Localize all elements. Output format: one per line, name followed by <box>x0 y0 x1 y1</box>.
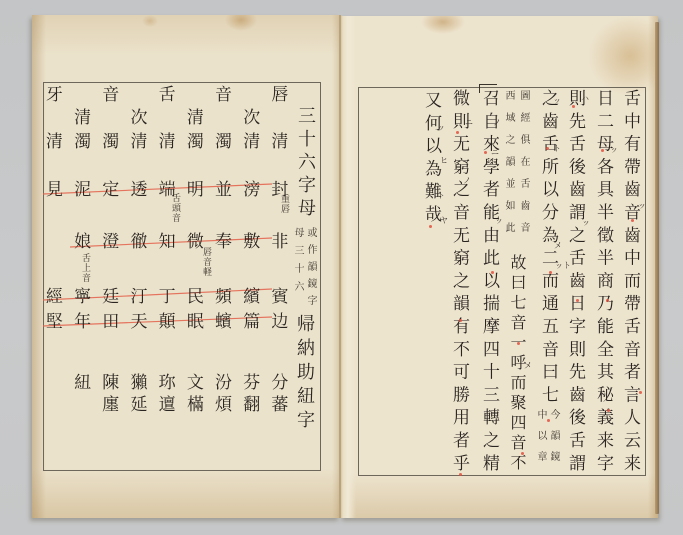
table-cell: 樠 <box>181 396 209 414</box>
table-cell: 文 <box>181 374 209 392</box>
reading-mark: ト <box>553 145 561 153</box>
red-mark <box>607 409 610 412</box>
text-column-2: 日二母各具半徵半商乃能全其秘義来字 <box>594 89 611 477</box>
red-mark <box>484 151 487 154</box>
table-cell: 年 <box>69 313 97 331</box>
text-column-3: 則先舌後齒謂之舌齒日字則先齒後舌謂 <box>566 89 583 477</box>
red-mark <box>517 342 520 345</box>
table-cell: 陳 <box>97 374 125 392</box>
text-column-5: 故曰七音一呼而聚四音不 <box>509 254 525 474</box>
column-5-note-left: 西域之韻並如此 <box>503 90 514 244</box>
table-cell: 汾 <box>209 374 237 392</box>
reading-mark: ヤ <box>440 217 448 225</box>
table-cell: 顛 <box>153 313 181 331</box>
table-cell: 蠙 <box>209 313 237 331</box>
table-cell: 知 <box>153 233 181 251</box>
reading-mark: ハ <box>581 95 589 103</box>
table-cell: 篇 <box>238 313 266 331</box>
red-mark <box>459 473 462 476</box>
table-cell <box>97 109 125 127</box>
red-mark <box>601 149 604 152</box>
table-cell: 民 <box>181 288 209 306</box>
table-cell: 見 <box>40 181 68 199</box>
table-cell: 眠 <box>181 313 209 331</box>
table-cell: 音 <box>97 86 125 104</box>
reading-mark: メ <box>524 362 532 370</box>
table-cell: 清 <box>125 133 153 151</box>
table-cell: 边 <box>266 313 294 331</box>
table-row-example-2b: 蕃 翻 煩 樠 邅 延 廛 <box>40 396 294 414</box>
table-cell: 清 <box>266 133 294 151</box>
table-row-example-1b: 边 篇 蠙 眠 顛 天 田 年 堅 <box>40 313 294 331</box>
table-cell: 經 <box>40 288 68 306</box>
table-cell: 蕃 <box>266 396 294 414</box>
table-cell <box>238 86 266 104</box>
table-cell: 賓 <box>266 288 294 306</box>
table-cell <box>181 86 209 104</box>
table-cell: 清 <box>69 109 97 127</box>
table-row-example-1a: 賓 繽 頻 民 丁 汀 廷 寧 經 <box>40 288 294 306</box>
table-cell <box>266 109 294 127</box>
note-tongue-upper: 舌上音 <box>80 253 90 283</box>
table-cell: 濁 <box>69 133 97 151</box>
table-row-initial-2: 非 敷 奉 微 知 徹 澄 娘 <box>40 233 294 251</box>
table-cell: 澄 <box>97 233 125 251</box>
reading-mark: ッ <box>495 217 503 225</box>
table-cell: 清 <box>238 133 266 151</box>
table-cell: 濁 <box>181 133 209 151</box>
reading-mark: ニ <box>465 119 473 127</box>
table-cell: 芬 <box>238 374 266 392</box>
table-cell: 田 <box>97 313 125 331</box>
table-cell: 並 <box>209 181 237 199</box>
table-cell: 次 <box>125 109 153 127</box>
table-cell: 清 <box>181 109 209 127</box>
table-row-initial-1: 封 滂 並 明 端 透 定 泥 見 <box>40 181 294 199</box>
red-mark <box>606 299 609 302</box>
table-row-category: 唇 音 舌 音 牙 <box>40 86 294 104</box>
table-cell: 丁 <box>153 288 181 306</box>
table-cell: 煩 <box>209 396 237 414</box>
table-row-example-2a: 分 芬 汾 文 珎 獺 陳 紐 <box>40 374 294 392</box>
reading-mark: ノ <box>493 119 501 127</box>
table-cell: 泥 <box>69 181 97 199</box>
red-mark <box>546 147 549 150</box>
table-cell: 濁 <box>97 133 125 151</box>
table-cell: 寧 <box>69 288 97 306</box>
red-mark <box>521 452 524 455</box>
table-cell: 唇 <box>266 86 294 104</box>
table-cell: 清 <box>153 133 181 151</box>
table-cell: 敷 <box>238 233 266 251</box>
table-cell: 分 <box>266 374 294 392</box>
reading-mark: ッ <box>553 97 561 105</box>
table-cell: 定 <box>97 181 125 199</box>
reading-mark: ノ <box>463 177 471 185</box>
reading-mark: ッ <box>437 124 445 132</box>
table-cell: 舌 <box>153 86 181 104</box>
table-cell: 獺 <box>125 374 153 392</box>
table-cell: 繽 <box>238 288 266 306</box>
table-cell: 明 <box>181 181 209 199</box>
table-cell: 滂 <box>238 181 266 199</box>
table-cell: 紐 <box>69 374 97 392</box>
red-mark <box>576 299 579 302</box>
red-mark <box>491 271 494 274</box>
table-cell <box>69 396 97 414</box>
reading-mark: ヒ <box>440 157 448 165</box>
red-mark <box>456 131 459 134</box>
table-cell: 娘 <box>69 233 97 251</box>
table-cell: 邅 <box>153 396 181 414</box>
red-mark <box>429 225 432 228</box>
red-mark <box>547 419 550 422</box>
reading-mark: ット <box>555 262 571 270</box>
red-mark <box>631 219 634 222</box>
reading-mark: ッ <box>610 146 618 154</box>
table-cell: 濁 <box>209 133 237 151</box>
table-cell: 清 <box>40 133 68 151</box>
table-cell <box>40 109 68 127</box>
table-cell: 汀 <box>125 288 153 306</box>
table-cell <box>153 109 181 127</box>
table-cell: 廷 <box>97 288 125 306</box>
text-column-8: 又何以為難哉 <box>422 91 439 228</box>
red-mark <box>572 105 575 108</box>
reading-mark: ッ <box>638 202 646 210</box>
text-column-7: 微則无窮之音无窮之韻有不可勝用者乎 <box>450 89 467 477</box>
table-cell <box>209 109 237 127</box>
table-cell: 透 <box>125 181 153 199</box>
table-cell: 牙 <box>40 86 68 104</box>
column-5-note-right: 圖經俱在舌齒音 <box>518 90 529 244</box>
note-light-labial: 唇音軽 <box>201 247 211 277</box>
table-cell: 珎 <box>153 374 181 392</box>
table-cell: 奉 <box>209 233 237 251</box>
table-cell: 徹 <box>125 233 153 251</box>
note-tongue-head: 舌頭音 <box>170 193 180 223</box>
table-cell <box>69 86 97 104</box>
table-row-voicing-top: 次 清 次 清 <box>40 109 294 127</box>
red-mark <box>639 391 642 394</box>
table-cell <box>40 374 68 392</box>
reading-mark: ニ <box>491 149 499 157</box>
column-4-note-right: 今韻鏡 <box>548 409 559 472</box>
column-4-note-left: 中以章 <box>535 409 546 472</box>
table-cell: 非 <box>266 233 294 251</box>
table-cell: 音 <box>209 86 237 104</box>
reading-mark: ッ <box>582 219 590 227</box>
table-cell <box>40 233 68 251</box>
table-cell <box>40 396 68 414</box>
note-heavy-labial: 重唇 <box>279 194 289 214</box>
table-cell: 次 <box>238 109 266 127</box>
red-mark <box>459 319 462 322</box>
table-cell: 堅 <box>40 313 68 331</box>
table-row-voicing: 清 清 濁 濁 清 清 濁 濁 清 <box>40 133 294 151</box>
table-cell <box>125 86 153 104</box>
table-cell: 延 <box>125 396 153 414</box>
reading-mark: メ <box>554 242 562 250</box>
text-column-1: 舌中有帶齒音齒中而帶舌音者言人云来 <box>621 89 638 477</box>
table-cell: 廛 <box>97 396 125 414</box>
table-cell: 翻 <box>238 396 266 414</box>
table-cell: 天 <box>125 313 153 331</box>
reading-mark: ト <box>437 192 445 200</box>
red-mark <box>549 271 552 274</box>
table-cell: 頻 <box>209 288 237 306</box>
